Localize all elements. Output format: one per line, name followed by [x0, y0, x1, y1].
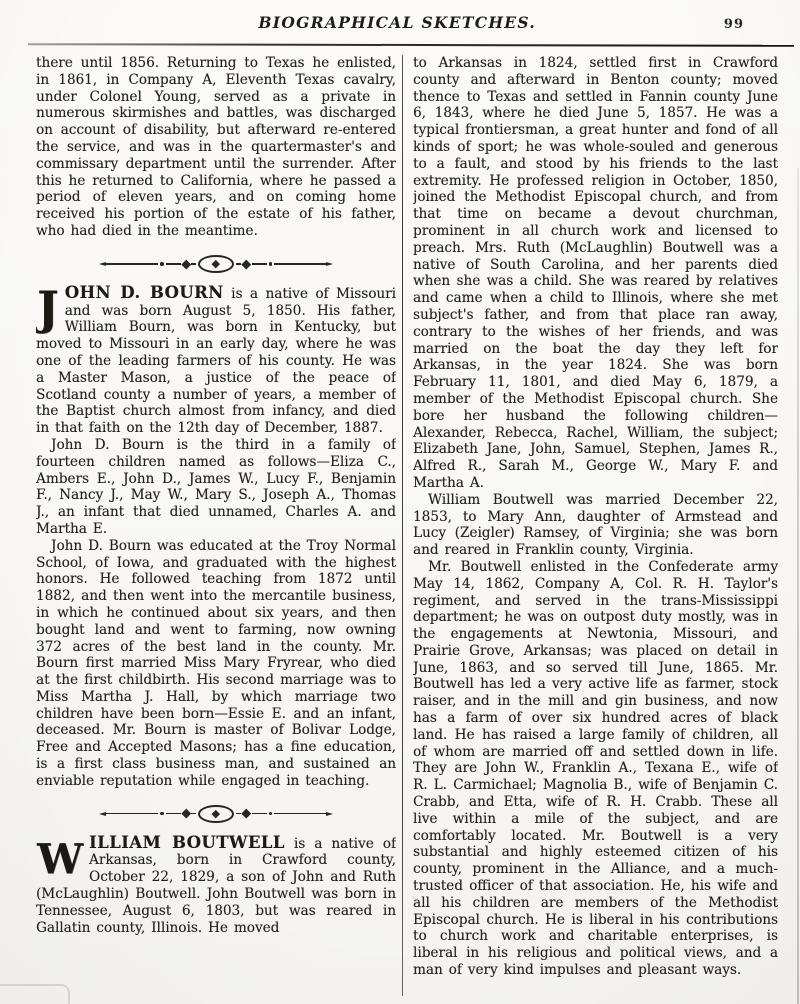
left-column: there until 1856. Returning to Texas he …	[36, 55, 396, 996]
divider-taper	[326, 262, 333, 266]
section-divider-ornament	[36, 254, 396, 274]
divider-center-medallion	[198, 805, 234, 823]
divider-center-diamond	[212, 260, 220, 268]
divider-line	[166, 813, 181, 815]
bourn-entry-name: OHN D. BOURN	[65, 283, 224, 302]
divider-line	[191, 263, 196, 265]
scanned-book-page: BIOGRAPHICAL SKETCHES. 99 there until 18…	[0, 0, 800, 1004]
divider-line	[191, 813, 196, 815]
divider-line	[274, 263, 326, 265]
right-column: to Arkansas in 1824, settled first in Cr…	[413, 55, 778, 996]
column-divider-rule	[402, 55, 403, 996]
divider-diamond	[181, 259, 190, 268]
divider-line	[274, 813, 326, 815]
divider-dot	[160, 812, 164, 816]
two-column-text-area: there until 1856. Returning to Texas he …	[36, 55, 778, 996]
divider-line	[236, 813, 241, 815]
boutwell-war-paragraph: Mr. Boutwell enlisted in the Confederate…	[413, 559, 778, 979]
boutwell-entry-name: ILLIAM BOUTWELL	[89, 833, 285, 852]
divider-dot	[269, 262, 273, 266]
divider-line	[252, 263, 267, 265]
boutwell-continuation-paragraph: to Arkansas in 1824, settled first in Cr…	[413, 55, 778, 492]
divider-diamond	[181, 809, 190, 818]
divider-line	[252, 813, 267, 815]
bourn-family-paragraph: John D. Bourn is the third in a family o…	[36, 437, 396, 538]
section-divider-ornament	[36, 804, 396, 824]
scan-artifact	[0, 984, 70, 1004]
divider-diamond	[242, 259, 251, 268]
divider-line	[106, 813, 158, 815]
divider-dot	[160, 262, 164, 266]
bourn-intro-paragraph: J OHN D. BOURN is a native of Missouri a…	[36, 285, 396, 437]
header-rule	[28, 43, 794, 47]
divider-taper	[99, 262, 106, 266]
divider-line	[166, 263, 181, 265]
divider-line	[106, 263, 158, 265]
bourn-dropcap-initial: J	[36, 285, 65, 327]
page-header: BIOGRAPHICAL SKETCHES. 99	[0, 8, 800, 38]
boutwell-marriage-paragraph: William Boutwell was married December 22…	[413, 492, 778, 559]
page-number: 99	[724, 17, 744, 32]
divider-center-medallion	[198, 255, 234, 273]
boutwell-intro-paragraph: W ILLIAM BOUTWELL is a native of Arkansa…	[36, 835, 396, 937]
divider-dot	[269, 812, 273, 816]
boutwell-dropcap-initial: W	[36, 835, 89, 877]
divider-taper	[326, 812, 333, 816]
continuation-paragraph: there until 1856. Returning to Texas he …	[36, 55, 396, 240]
divider-center-diamond	[212, 810, 220, 818]
scan-edge-line	[797, 168, 799, 1004]
page-title: BIOGRAPHICAL SKETCHES.	[258, 13, 536, 32]
bourn-education-paragraph: John D. Bourn was educated at the Troy N…	[36, 538, 396, 790]
divider-diamond	[242, 809, 251, 818]
bourn-intro-text: is a native of Missouri and was born Aug…	[36, 286, 396, 436]
divider-taper	[99, 812, 106, 816]
